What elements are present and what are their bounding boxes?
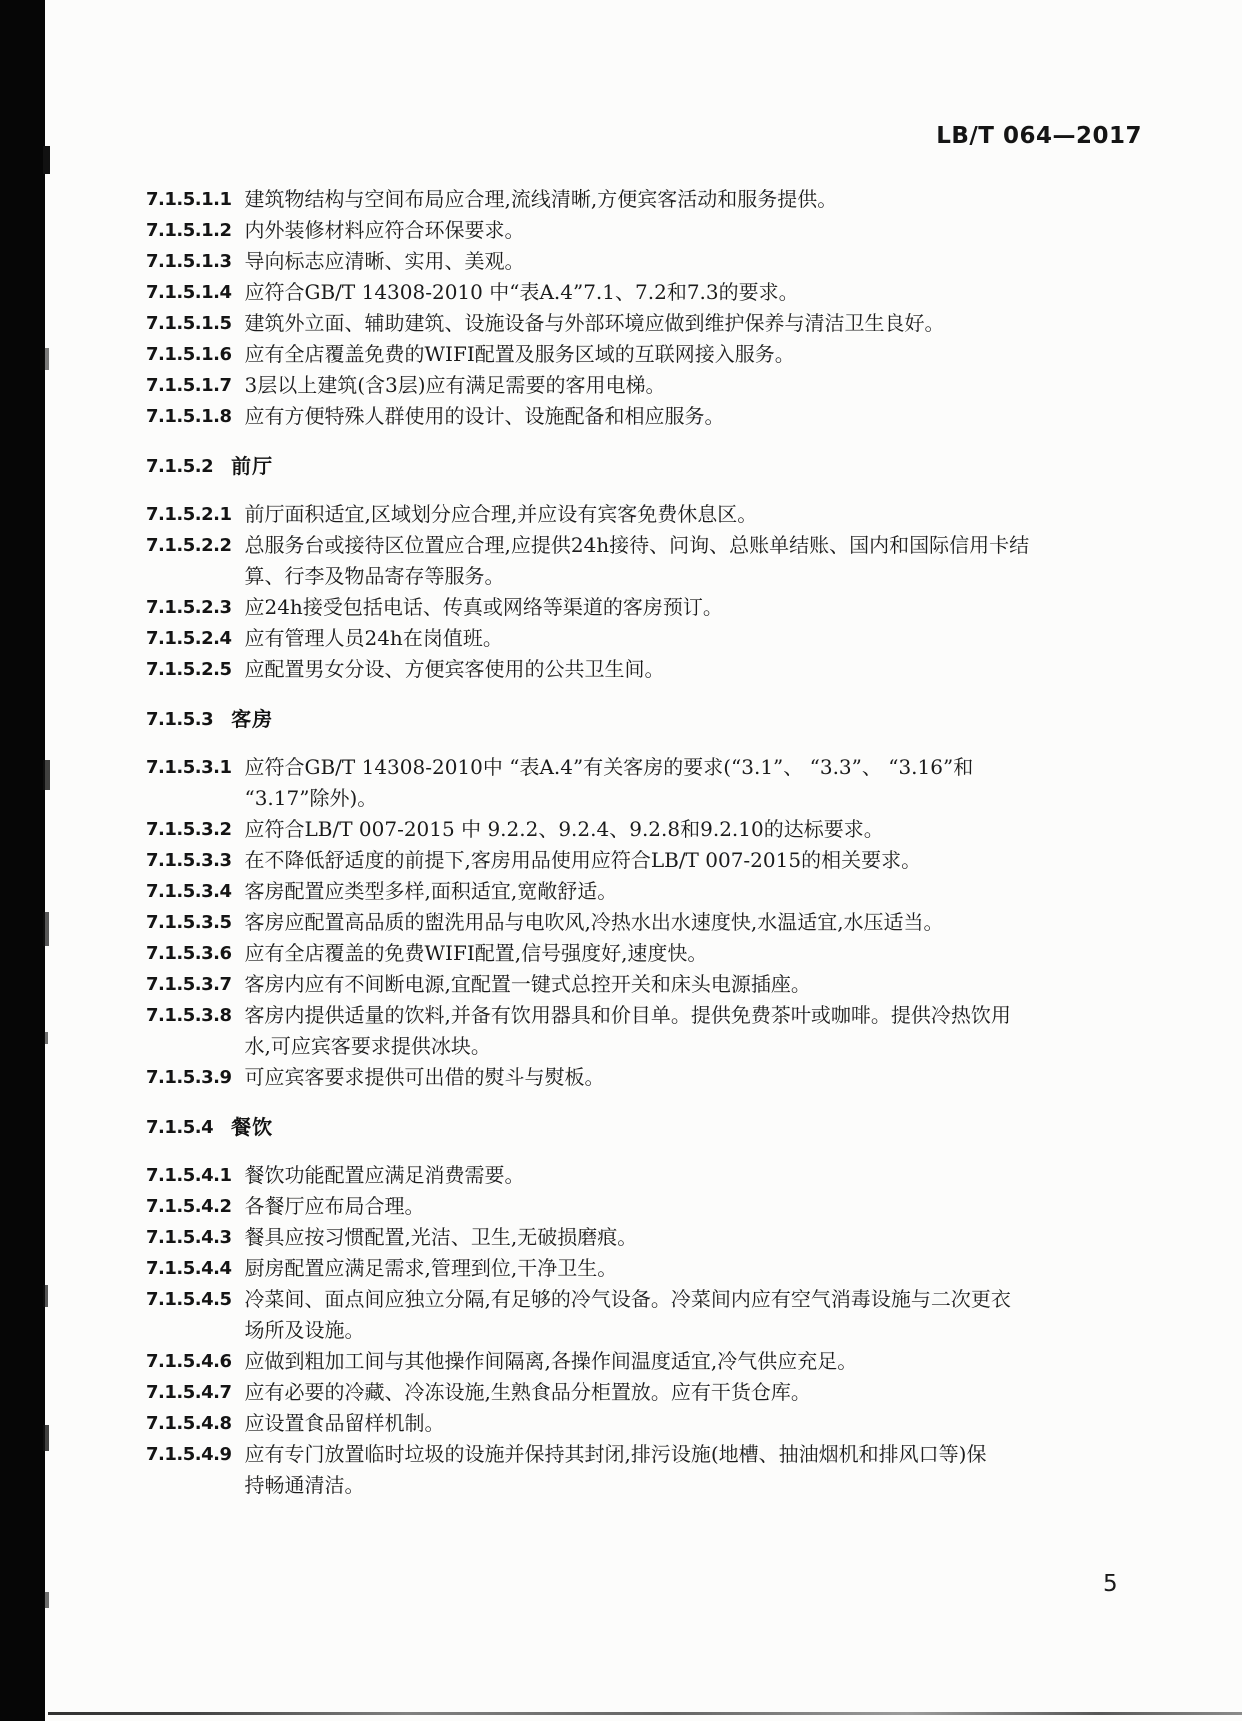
- section-heading: 7.1.5.4餐饮: [146, 1112, 1206, 1143]
- clause-number: 7.1.5.3.6: [146, 938, 231, 969]
- clause-text: 客房内提供适量的饮料,并备有饮用器具和价目单。提供免费茶叶或咖啡。提供冷热饮用水…: [244, 1000, 1010, 1062]
- clause-number: 7.1.5.3.3: [146, 845, 231, 876]
- clause-number: 7.1.5.4.3: [146, 1222, 231, 1253]
- section-title: 餐饮: [231, 1112, 273, 1143]
- clause-row: 7.1.5.2.4应有管理人员24h在岗值班。: [146, 623, 1206, 654]
- clause-line: 应符合GB/T 14308-2010中 “表A.4”有关客房的要求(“3.1”、…: [244, 752, 973, 783]
- clause-line: 应符合LB/T 007-2015 中 9.2.2、9.2.4、9.2.8和9.2…: [244, 814, 883, 845]
- clause-line: 各餐厅应布局合理。: [244, 1191, 424, 1222]
- clause-row: 7.1.5.1.5建筑外立面、辅助建筑、设施设备与外部环境应做到维护保养与清洁卫…: [146, 308, 1206, 339]
- clause-row: 7.1.5.4.3餐具应按习惯配置,光洁、卫生,无破损磨痕。: [146, 1222, 1206, 1253]
- clause-number: 7.1.5.2.4: [146, 623, 231, 654]
- clause-text: 客房内应有不间断电源,宜配置一键式总控开关和床头电源插座。: [244, 969, 810, 1000]
- clause-row: 7.1.5.3.4客房配置应类型多样,面积适宜,宽敞舒适。: [146, 876, 1206, 907]
- clause-number: 7.1.5.4.7: [146, 1377, 231, 1408]
- clause-text: 建筑物结构与空间布局应合理,流线清晰,方便宾客活动和服务提供。: [244, 184, 837, 215]
- clause-text: 导向标志应清晰、实用、美观。: [244, 246, 524, 277]
- clause-line: 客房应配置高品质的盥洗用品与电吹风,冷热水出水速度快,水温适宜,水压适当。: [244, 907, 943, 938]
- clause-number: 7.1.5.1.6: [146, 339, 231, 370]
- clause-row: 7.1.5.4.1餐饮功能配置应满足消费需要。: [146, 1160, 1206, 1191]
- clause-number: 7.1.5.4.4: [146, 1253, 231, 1284]
- clause-number: 7.1.5.1.5: [146, 308, 231, 339]
- clause-line: “3.17”除外)。: [244, 783, 973, 814]
- clause-row: 7.1.5.3.2应符合LB/T 007-2015 中 9.2.2、9.2.4、…: [146, 814, 1206, 845]
- scan-artifact-mark: [43, 760, 50, 790]
- clause-number: 7.1.5.4: [146, 1112, 213, 1143]
- clause-text: 应符合GB/T 14308-2010中 “表A.4”有关客房的要求(“3.1”、…: [244, 752, 973, 814]
- clause-text: 3层以上建筑(含3层)应有满足需要的客用电梯。: [244, 370, 665, 401]
- clause-row: 7.1.5.2.2总服务台或接待区位置应合理,应提供24h接待、问询、总账单结账…: [146, 530, 1206, 592]
- clause-row: 7.1.5.2.3应24h接受包括电话、传真或网络等渠道的客房预订。: [146, 592, 1206, 623]
- clause-line: 客房内应有不间断电源,宜配置一键式总控开关和床头电源插座。: [244, 969, 810, 1000]
- section-title: 客房: [231, 704, 273, 735]
- scan-artifact-mark: [44, 1592, 49, 1608]
- clause-row: 7.1.5.3.1应符合GB/T 14308-2010中 “表A.4”有关客房的…: [146, 752, 1206, 814]
- clause-line: 建筑物结构与空间布局应合理,流线清晰,方便宾客活动和服务提供。: [244, 184, 837, 215]
- scanned-document-page: LB/T 064—2017 7.1.5.1.1建筑物结构与空间布局应合理,流线清…: [0, 0, 1242, 1721]
- clause-line: 餐具应按习惯配置,光洁、卫生,无破损磨痕。: [244, 1222, 637, 1253]
- clause-number: 7.1.5.1.3: [146, 246, 231, 277]
- scan-artifact-mark: [43, 1285, 48, 1307]
- scan-artifact-mark: [44, 348, 49, 370]
- clause-line: 场所及设施。: [244, 1315, 1010, 1346]
- clause-line: 3层以上建筑(含3层)应有满足需要的客用电梯。: [244, 370, 665, 401]
- document-body: 7.1.5.1.1建筑物结构与空间布局应合理,流线清晰,方便宾客活动和服务提供。…: [146, 184, 1206, 1501]
- clause-text: 餐饮功能配置应满足消费需要。: [244, 1160, 524, 1191]
- clause-number: 7.1.5.4.6: [146, 1346, 231, 1377]
- clause-row: 7.1.5.3.5客房应配置高品质的盥洗用品与电吹风,冷热水出水速度快,水温适宜…: [146, 907, 1206, 938]
- clause-line: 导向标志应清晰、实用、美观。: [244, 246, 524, 277]
- clause-line: 应有全店覆盖的免费WIFI配置,信号强度好,速度快。: [244, 938, 707, 969]
- clause-text: 餐具应按习惯配置,光洁、卫生,无破损磨痕。: [244, 1222, 637, 1253]
- scan-artifact-mark: [44, 1032, 48, 1044]
- clause-text: 应符合LB/T 007-2015 中 9.2.2、9.2.4、9.2.8和9.2…: [244, 814, 883, 845]
- clause-text: 应做到粗加工间与其他操作间隔离,各操作间温度适宜,冷气供应充足。: [244, 1346, 857, 1377]
- clause-row: 7.1.5.4.2各餐厅应布局合理。: [146, 1191, 1206, 1222]
- clause-number: 7.1.5.4.5: [146, 1284, 231, 1315]
- clause-line: 建筑外立面、辅助建筑、设施设备与外部环境应做到维护保养与清洁卫生良好。: [244, 308, 944, 339]
- clause-row: 7.1.5.3.9可应宾客要求提供可出借的熨斗与熨板。: [146, 1062, 1206, 1093]
- clause-text: 应有必要的冷藏、冷冻设施,生熟食品分柜置放。应有干货仓库。: [244, 1377, 810, 1408]
- clause-number: 7.1.5.3.4: [146, 876, 231, 907]
- clause-row: 7.1.5.1.4应符合GB/T 14308-2010 中“表A.4”7.1、7…: [146, 277, 1206, 308]
- clause-line: 应24h接受包括电话、传真或网络等渠道的客房预订。: [244, 592, 722, 623]
- clause-row: 7.1.5.4.4厨房配置应满足需求,管理到位,干净卫生。: [146, 1253, 1206, 1284]
- clause-number: 7.1.5.3.2: [146, 814, 231, 845]
- clause-line: 应做到粗加工间与其他操作间隔离,各操作间温度适宜,冷气供应充足。: [244, 1346, 857, 1377]
- clause-text: 客房应配置高品质的盥洗用品与电吹风,冷热水出水速度快,水温适宜,水压适当。: [244, 907, 943, 938]
- clause-number: 7.1.5.3.1: [146, 752, 231, 783]
- clause-line: 总服务台或接待区位置应合理,应提供24h接待、问询、总账单结账、国内和国际信用卡…: [244, 530, 1029, 561]
- clause-row: 7.1.5.4.7应有必要的冷藏、冷冻设施,生熟食品分柜置放。应有干货仓库。: [146, 1377, 1206, 1408]
- clause-text: 内外装修材料应符合环保要求。: [244, 215, 524, 246]
- clause-row: 7.1.5.3.7客房内应有不间断电源,宜配置一键式总控开关和床头电源插座。: [146, 969, 1206, 1000]
- clause-number: 7.1.5.1.2: [146, 215, 231, 246]
- clause-text: 应有管理人员24h在岗值班。: [244, 623, 502, 654]
- clause-number: 7.1.5.2.1: [146, 499, 231, 530]
- clause-line: 应有全店覆盖免费的WIFI配置及服务区域的互联网接入服务。: [244, 339, 794, 370]
- clause-number: 7.1.5.4.9: [146, 1439, 231, 1470]
- clause-line: 应有必要的冷藏、冷冻设施,生熟食品分柜置放。应有干货仓库。: [244, 1377, 810, 1408]
- clause-number: 7.1.5.1.7: [146, 370, 231, 401]
- clause-row: 7.1.5.3.6应有全店覆盖的免费WIFI配置,信号强度好,速度快。: [146, 938, 1206, 969]
- clause-line: 在不降低舒适度的前提下,客房用品使用应符合LB/T 007-2015的相关要求。: [244, 845, 921, 876]
- clause-number: 7.1.5.2.5: [146, 654, 231, 685]
- scan-artifact-mark: [43, 912, 49, 946]
- clause-number: 7.1.5.3: [146, 704, 213, 735]
- clause-row: 7.1.5.2.1前厅面积适宜,区域划分应合理,并应设有宾客免费休息区。: [146, 499, 1206, 530]
- clause-text: 应有全店覆盖的免费WIFI配置,信号强度好,速度快。: [244, 938, 707, 969]
- scan-artifact-mark: [43, 1425, 49, 1451]
- clause-text: 总服务台或接待区位置应合理,应提供24h接待、问询、总账单结账、国内和国际信用卡…: [244, 530, 1029, 592]
- clause-line: 应符合GB/T 14308-2010 中“表A.4”7.1、7.2和7.3的要求…: [244, 277, 798, 308]
- clause-number: 7.1.5.2.3: [146, 592, 231, 623]
- clause-number: 7.1.5.3.9: [146, 1062, 231, 1093]
- clause-number: 7.1.5.4.8: [146, 1408, 231, 1439]
- clause-line: 算、行李及物品寄存等服务。: [244, 561, 1029, 592]
- clause-row: 7.1.5.4.6应做到粗加工间与其他操作间隔离,各操作间温度适宜,冷气供应充足…: [146, 1346, 1206, 1377]
- clause-line: 应配置男女分设、方便宾客使用的公共卫生间。: [244, 654, 664, 685]
- clause-number: 7.1.5.2: [146, 451, 213, 482]
- clause-line: 客房内提供适量的饮料,并备有饮用器具和价目单。提供免费茶叶或咖啡。提供冷热饮用: [244, 1000, 1010, 1031]
- clause-text: 应有全店覆盖免费的WIFI配置及服务区域的互联网接入服务。: [244, 339, 794, 370]
- clause-number: 7.1.5.3.5: [146, 907, 231, 938]
- clause-line: 应有方便特殊人群使用的设计、设施配备和相应服务。: [244, 401, 724, 432]
- clause-row: 7.1.5.3.3在不降低舒适度的前提下,客房用品使用应符合LB/T 007-2…: [146, 845, 1206, 876]
- clause-text: 应配置男女分设、方便宾客使用的公共卫生间。: [244, 654, 664, 685]
- clause-line: 应有管理人员24h在岗值班。: [244, 623, 502, 654]
- clause-line: 前厅面积适宜,区域划分应合理,并应设有宾客免费休息区。: [244, 499, 757, 530]
- clause-row: 7.1.5.1.6应有全店覆盖免费的WIFI配置及服务区域的互联网接入服务。: [146, 339, 1206, 370]
- clause-row: 7.1.5.3.8客房内提供适量的饮料,并备有饮用器具和价目单。提供免费茶叶或咖…: [146, 1000, 1206, 1062]
- clause-row: 7.1.5.2.5应配置男女分设、方便宾客使用的公共卫生间。: [146, 654, 1206, 685]
- clause-line: 餐饮功能配置应满足消费需要。: [244, 1160, 524, 1191]
- scan-bottom-line: [48, 1712, 1242, 1715]
- section-heading: 7.1.5.2前厅: [146, 451, 1206, 482]
- clause-number: 7.1.5.3.8: [146, 1000, 231, 1031]
- clause-line: 厨房配置应满足需求,管理到位,干净卫生。: [244, 1253, 617, 1284]
- clause-line: 可应宾客要求提供可出借的熨斗与熨板。: [244, 1062, 604, 1093]
- clause-text: 应设置食品留样机制。: [244, 1408, 444, 1439]
- section-title: 前厅: [231, 451, 273, 482]
- clause-text: 各餐厅应布局合理。: [244, 1191, 424, 1222]
- clause-text: 建筑外立面、辅助建筑、设施设备与外部环境应做到维护保养与清洁卫生良好。: [244, 308, 944, 339]
- clause-row: 7.1.5.4.5冷菜间、面点间应独立分隔,有足够的冷气设备。冷菜间内应有空气消…: [146, 1284, 1206, 1346]
- page-number: 5: [1103, 1571, 1118, 1597]
- clause-number: 7.1.5.1.1: [146, 184, 231, 215]
- clause-line: 应有专门放置临时垃圾的设施并保持其封闭,排污设施(地槽、抽油烟机和排风口等)保: [244, 1439, 986, 1470]
- clause-row: 7.1.5.1.8应有方便特殊人群使用的设计、设施配备和相应服务。: [146, 401, 1206, 432]
- clause-row: 7.1.5.1.1建筑物结构与空间布局应合理,流线清晰,方便宾客活动和服务提供。: [146, 184, 1206, 215]
- clause-text: 应有方便特殊人群使用的设计、设施配备和相应服务。: [244, 401, 724, 432]
- clause-row: 7.1.5.4.8应设置食品留样机制。: [146, 1408, 1206, 1439]
- clause-text: 前厅面积适宜,区域划分应合理,并应设有宾客免费休息区。: [244, 499, 757, 530]
- clause-line: 冷菜间、面点间应独立分隔,有足够的冷气设备。冷菜间内应有空气消毒设施与二次更衣: [244, 1284, 1010, 1315]
- clause-text: 应有专门放置临时垃圾的设施并保持其封闭,排污设施(地槽、抽油烟机和排风口等)保持…: [244, 1439, 986, 1501]
- clause-text: 厨房配置应满足需求,管理到位,干净卫生。: [244, 1253, 617, 1284]
- clause-number: 7.1.5.4.2: [146, 1191, 231, 1222]
- clause-text: 应符合GB/T 14308-2010 中“表A.4”7.1、7.2和7.3的要求…: [244, 277, 798, 308]
- scan-artifact-mark: [43, 146, 50, 174]
- clause-line: 应设置食品留样机制。: [244, 1408, 444, 1439]
- clause-number: 7.1.5.1.8: [146, 401, 231, 432]
- clause-row: 7.1.5.1.2内外装修材料应符合环保要求。: [146, 215, 1206, 246]
- clause-line: 内外装修材料应符合环保要求。: [244, 215, 524, 246]
- clause-row: 7.1.5.1.3导向标志应清晰、实用、美观。: [146, 246, 1206, 277]
- clause-text: 可应宾客要求提供可出借的熨斗与熨板。: [244, 1062, 604, 1093]
- clause-line: 水,可应宾客要求提供冰块。: [244, 1031, 1010, 1062]
- clause-number: 7.1.5.4.1: [146, 1160, 231, 1191]
- clause-text: 在不降低舒适度的前提下,客房用品使用应符合LB/T 007-2015的相关要求。: [244, 845, 921, 876]
- clause-text: 应24h接受包括电话、传真或网络等渠道的客房预订。: [244, 592, 722, 623]
- clause-number: 7.1.5.2.2: [146, 530, 231, 561]
- clause-line: 客房配置应类型多样,面积适宜,宽敞舒适。: [244, 876, 617, 907]
- clause-number: 7.1.5.1.4: [146, 277, 231, 308]
- clause-number: 7.1.5.3.7: [146, 969, 231, 1000]
- clause-row: 7.1.5.4.9应有专门放置临时垃圾的设施并保持其封闭,排污设施(地槽、抽油烟…: [146, 1439, 1206, 1501]
- clause-text: 客房配置应类型多样,面积适宜,宽敞舒适。: [244, 876, 617, 907]
- section-heading: 7.1.5.3客房: [146, 704, 1206, 735]
- scan-edge-band: [0, 0, 45, 1721]
- standard-code-header: LB/T 064—2017: [936, 123, 1142, 149]
- clause-text: 冷菜间、面点间应独立分隔,有足够的冷气设备。冷菜间内应有空气消毒设施与二次更衣场…: [244, 1284, 1010, 1346]
- clause-row: 7.1.5.1.73层以上建筑(含3层)应有满足需要的客用电梯。: [146, 370, 1206, 401]
- clause-line: 持畅通清洁。: [244, 1470, 986, 1501]
